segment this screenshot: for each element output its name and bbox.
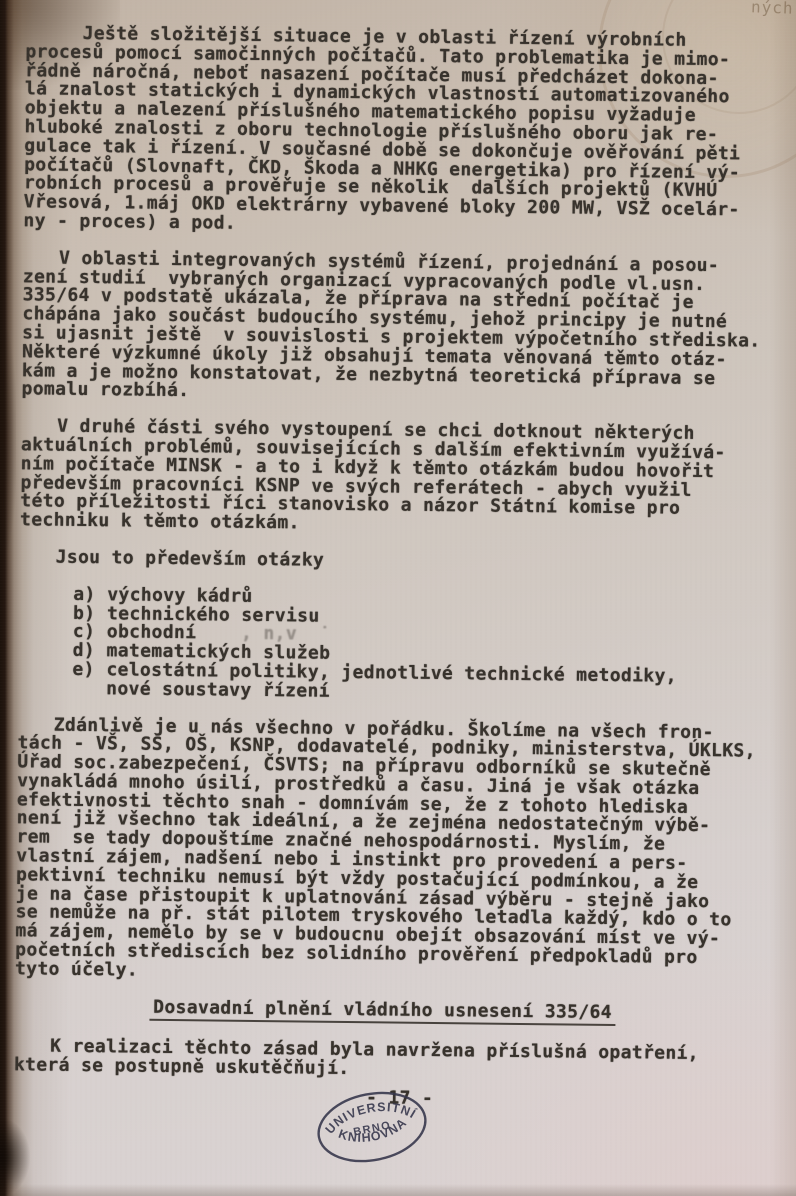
text-line: Jsou to především otázky: [20, 548, 792, 576]
paragraph: Jsou to především otázky: [20, 548, 792, 576]
typewritten-page: Ještě složitější situace je v oblasti ří…: [0, 0, 796, 1113]
paragraph: Ještě složitější situace je v oblasti ří…: [23, 24, 796, 240]
bottom-edge-shadow: [0, 1184, 796, 1196]
paragraph: V oblasti integrovaných systémů řízení, …: [21, 249, 795, 408]
scan-edge-blob: [0, 1118, 30, 1196]
list-marker: [72, 680, 106, 699]
paragraph: V druhé části svého vystoupení se chci d…: [20, 417, 793, 539]
paragraph: Zdánlivě je u nás všechno v pořádku. Ško…: [15, 716, 790, 988]
list-item-text: nové soustavy řízení: [106, 680, 330, 701]
list-marker: e): [72, 661, 106, 680]
list-marker: a): [73, 586, 107, 605]
paragraph: K realizaci těchto zásad byla navržena p…: [14, 1038, 786, 1084]
heading-title: Dosavadní plnění vládního usnesení 335/6…: [149, 998, 616, 1026]
erased-text-smudge: , n,v ˙: [196, 623, 330, 646]
question-list: a)výchovy kádrůb)technického servisuc)ob…: [72, 586, 791, 707]
section-heading: Dosavadní plnění vládního usnesení 335/6…: [0, 997, 769, 1029]
